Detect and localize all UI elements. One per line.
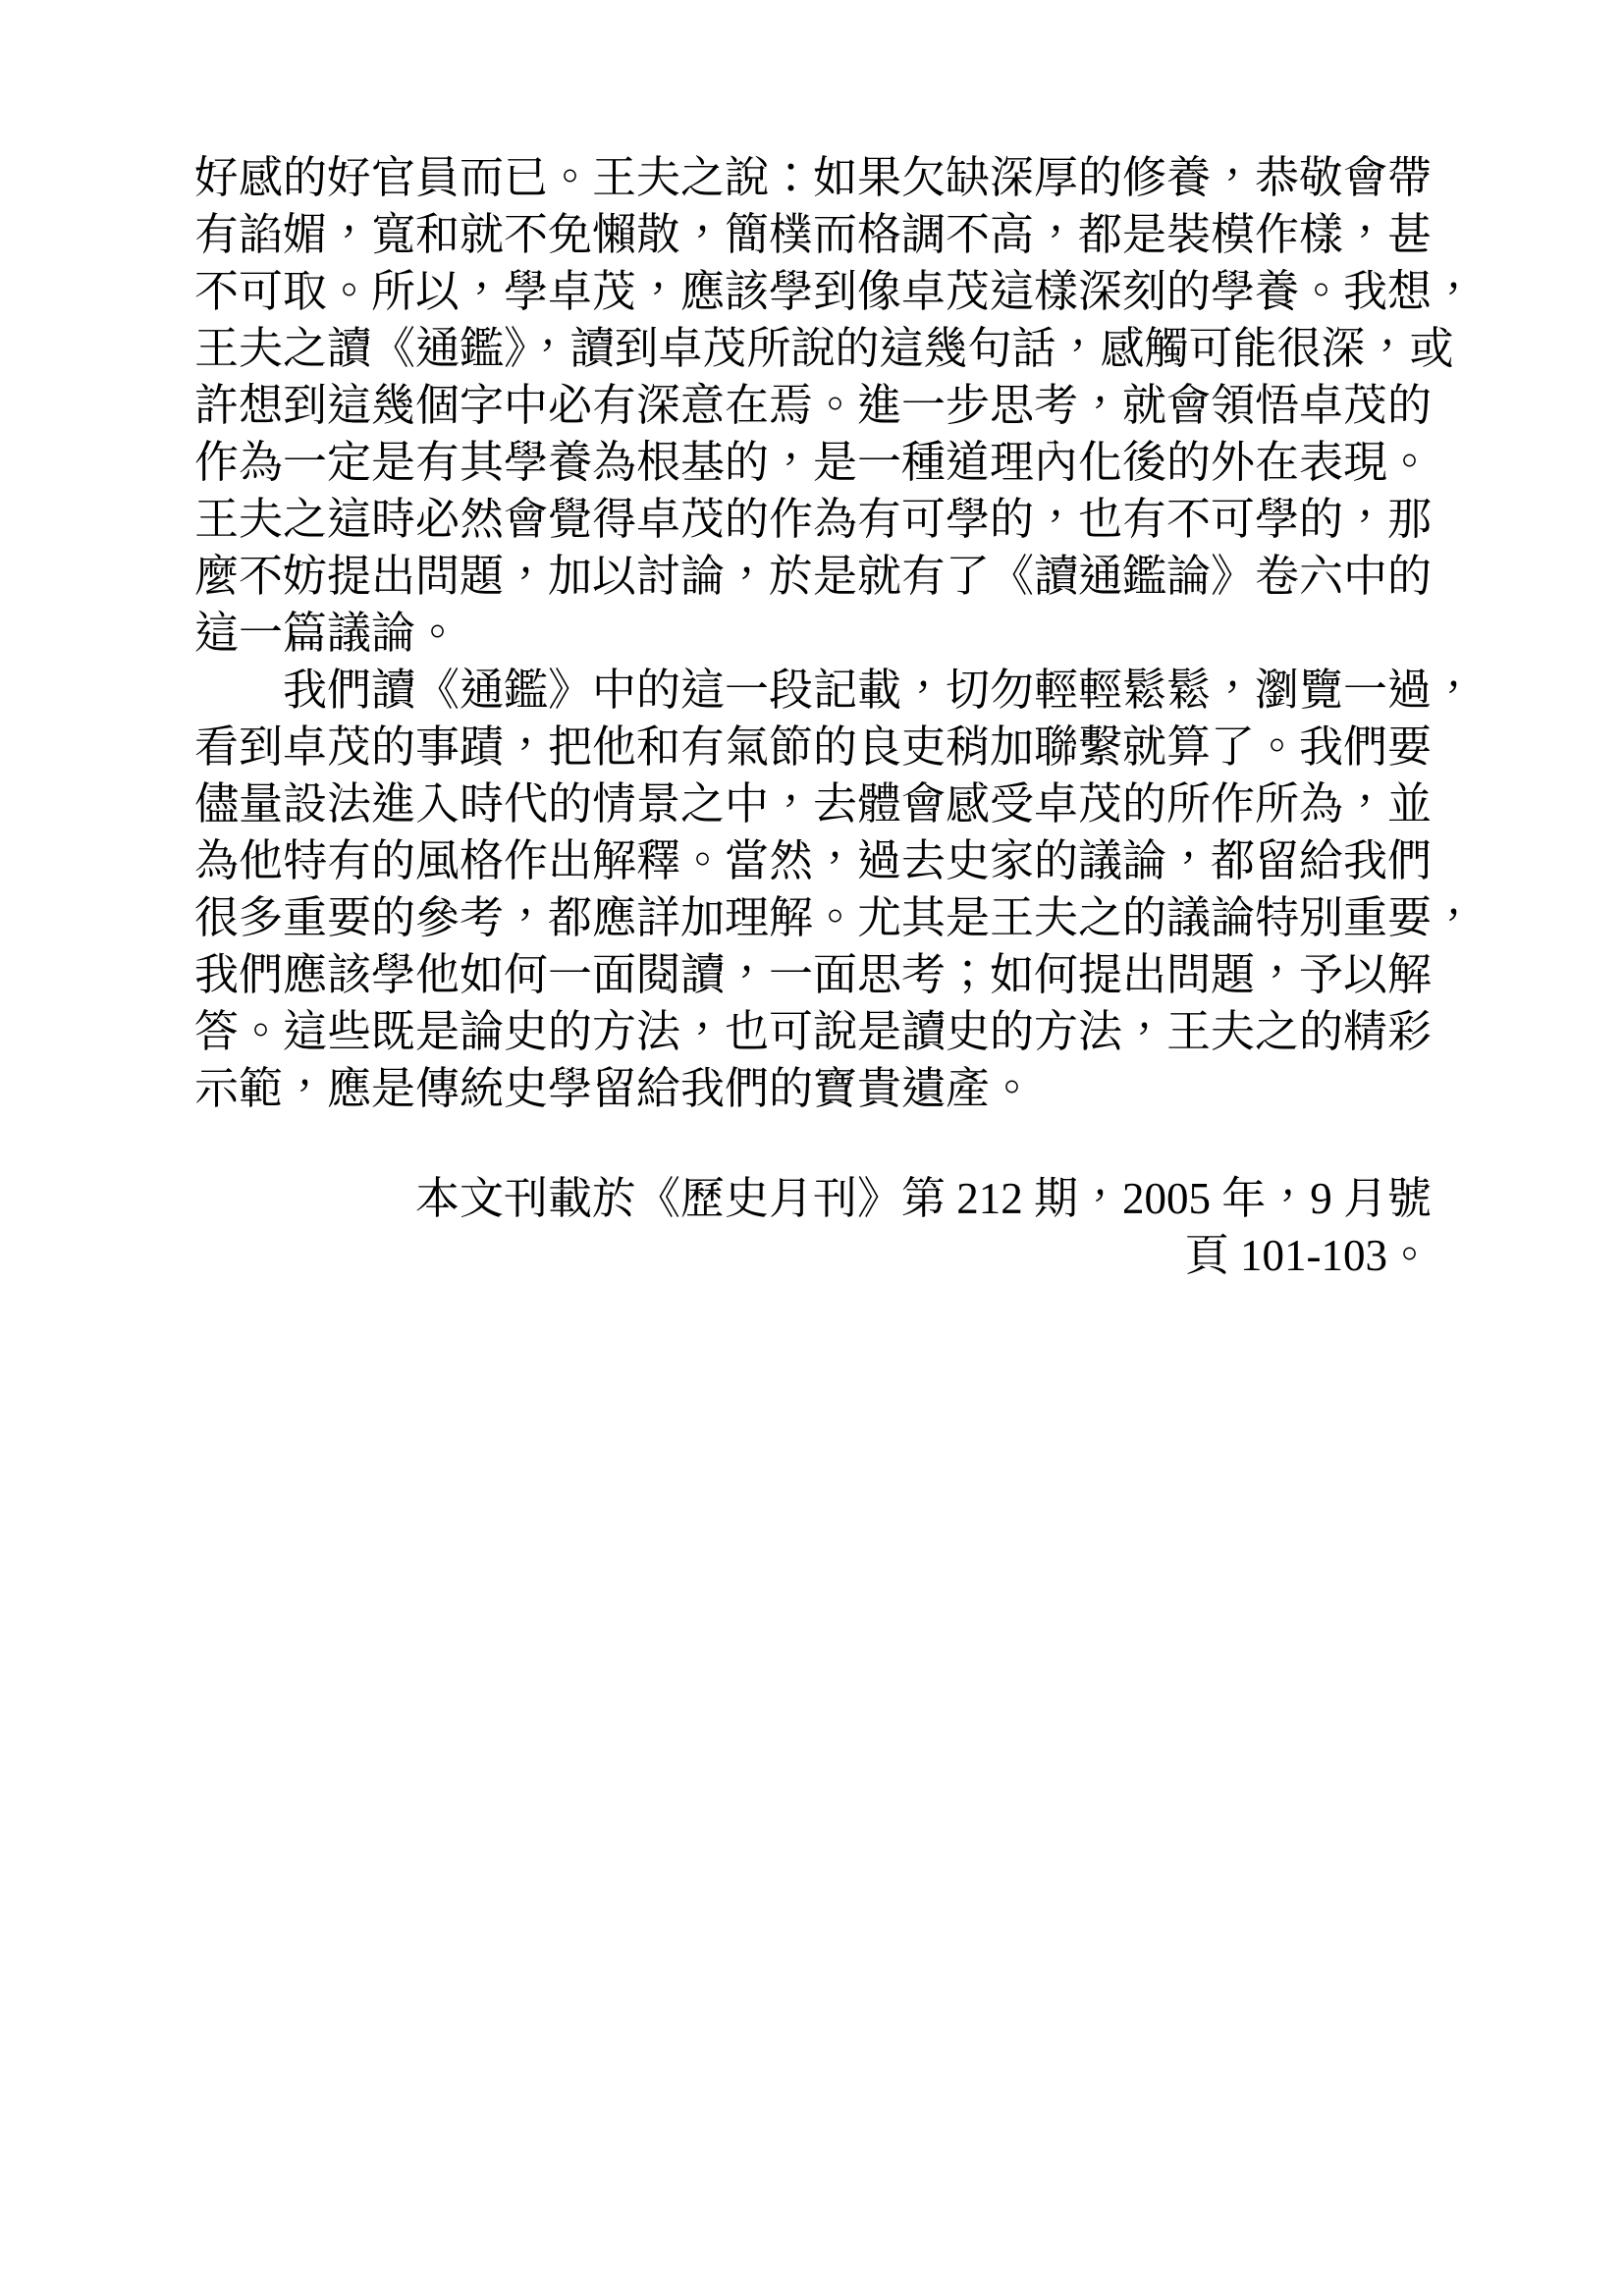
text-line: 答。這些既是論史的方法，也可說是讀史的方法，王夫之的精彩 xyxy=(194,1003,1432,1060)
publication-note-line: 本文刊載於《歷史月刊》第 212 期，2005 年，9 月號 xyxy=(194,1170,1432,1227)
article-body: 好感的好官員而已。王夫之說：如果欠缺深厚的修養，恭敬會帶 有諂媚，寬和就不免懶散… xyxy=(0,0,1624,1117)
text-line: 儘量設法進入時代的情景之中，去體會感受卓茂的所作所為，並 xyxy=(194,775,1432,832)
text-line: 我們讀《通鑑》中的這一段記載，切勿輕輕鬆鬆，瀏覽一過， xyxy=(194,662,1432,719)
text-line: 不可取。所以，學卓茂，應該學到像卓茂這樣深刻的學養。我想， xyxy=(194,263,1432,320)
text-line: 我們應該學他如何一面閱讀，一面思考；如何提出問題，予以解 xyxy=(194,946,1432,1003)
text-line: 許想到這幾個字中必有深意在焉。進一步思考，就會領悟卓茂的 xyxy=(194,377,1432,434)
text-line: 麼不妨提出問題，加以討論，於是就有了《讀通鑑論》卷六中的 xyxy=(194,548,1432,605)
paragraph-1: 好感的好官員而已。王夫之說：如果欠缺深厚的修養，恭敬會帶 有諂媚，寬和就不免懶散… xyxy=(194,149,1432,662)
publication-note: 本文刊載於《歷史月刊》第 212 期，2005 年，9 月號 頁 101-103… xyxy=(0,1170,1624,1284)
text-line: 為他特有的風格作出解釋。當然，過去史家的議論，都留給我們 xyxy=(194,832,1432,889)
text-line: 很多重要的參考，都應詳加理解。尤其是王夫之的議論特別重要， xyxy=(194,889,1432,946)
text-line: 好感的好官員而已。王夫之說：如果欠缺深厚的修養，恭敬會帶 xyxy=(194,149,1432,206)
text-line: 作為一定是有其學養為根基的，是一種道理內化後的外在表現。 xyxy=(194,434,1432,491)
text-line: 王夫之讀《通鑑》，讀到卓茂所說的這幾句話，感觸可能很深，或 xyxy=(194,320,1432,377)
text-line: 示範，應是傳統史學留給我們的寶貴遺產。 xyxy=(194,1060,1432,1117)
text-line: 看到卓茂的事蹟，把他和有氣節的良吏稍加聯繫就算了。我們要 xyxy=(194,719,1432,775)
text-line: 王夫之這時必然會覺得卓茂的作為有可學的，也有不可學的，那 xyxy=(194,491,1432,548)
text-line: 這一篇議論。 xyxy=(194,605,1432,662)
document-page: 好感的好官員而已。王夫之說：如果欠缺深厚的修養，恭敬會帶 有諂媚，寬和就不免懶散… xyxy=(0,0,1624,2296)
paragraph-2: 我們讀《通鑑》中的這一段記載，切勿輕輕鬆鬆，瀏覽一過， 看到卓茂的事蹟，把他和有… xyxy=(194,662,1432,1117)
publication-note-line: 頁 101-103。 xyxy=(194,1227,1432,1284)
text-line: 有諂媚，寬和就不免懶散，簡樸而格調不高，都是裝模作樣，甚 xyxy=(194,206,1432,263)
